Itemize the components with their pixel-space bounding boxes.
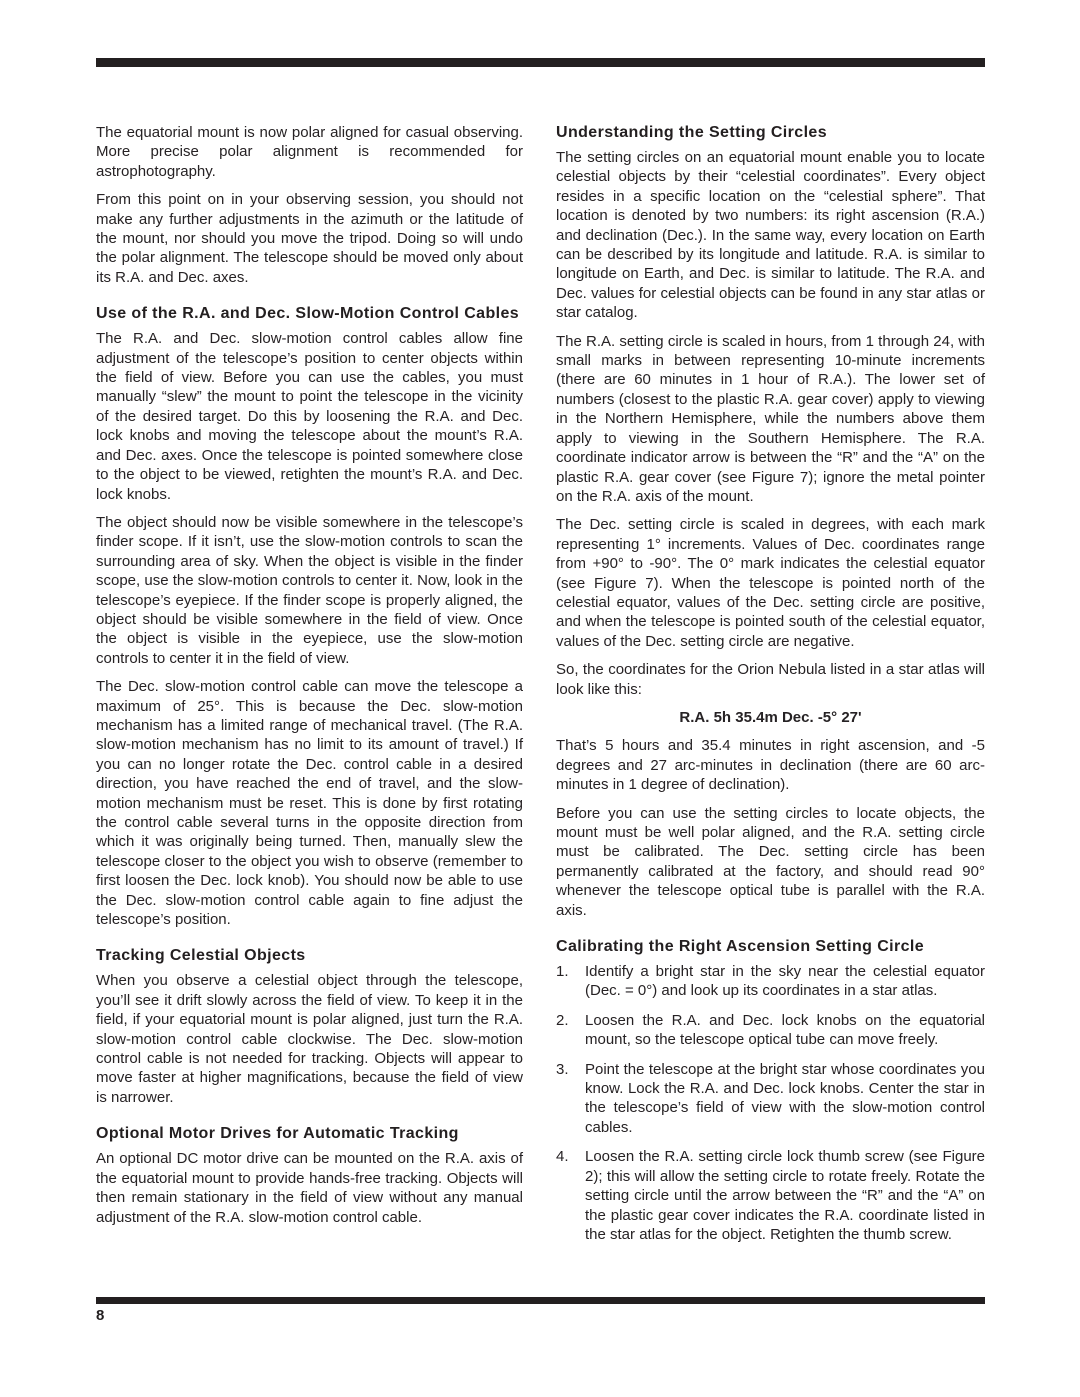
- section-heading: Use of the R.A. and Dec. Slow-Motion Con…: [96, 304, 523, 324]
- body-paragraph: The object should now be visible somewhe…: [96, 513, 523, 668]
- section-heading: Understanding the Setting Circles: [556, 123, 985, 143]
- manual-page: The equatorial mount is now polar aligne…: [0, 0, 1080, 1397]
- coordinates-line: R.A. 5h 35.4m Dec. -5° 27': [556, 708, 985, 727]
- section-heading: Optional Motor Drives for Automatic Trac…: [96, 1124, 523, 1144]
- body-paragraph: The equatorial mount is now polar aligne…: [96, 123, 523, 181]
- list-item-number: 1.: [556, 962, 569, 981]
- top-rule: [96, 58, 985, 67]
- body-paragraph: The R.A. and Dec. slow-motion control ca…: [96, 329, 523, 504]
- body-paragraph: An optional DC motor drive can be mounte…: [96, 1149, 523, 1227]
- body-paragraph: The Dec. setting circle is scaled in deg…: [556, 515, 985, 651]
- numbered-list: 1.Identify a bright star in the sky near…: [556, 962, 985, 1244]
- page-number: 8: [96, 1307, 104, 1324]
- list-item-number: 4.: [556, 1147, 569, 1166]
- list-item: 4.Loosen the R.A. setting circle lock th…: [556, 1147, 985, 1244]
- body-paragraph: That’s 5 hours and 35.4 minutes in right…: [556, 736, 985, 794]
- list-item: 2.Loosen the R.A. and Dec. lock knobs on…: [556, 1011, 985, 1050]
- list-item-number: 2.: [556, 1011, 569, 1030]
- list-item-number: 3.: [556, 1060, 569, 1079]
- list-item-text: Loosen the R.A. and Dec. lock knobs on t…: [585, 1012, 985, 1048]
- body-paragraph: The Dec. slow-motion control cable can m…: [96, 677, 523, 929]
- body-paragraph: So, the coordinates for the Orion Nebula…: [556, 660, 985, 699]
- list-item-text: Loosen the R.A. setting circle lock thum…: [585, 1148, 985, 1243]
- list-item-text: Point the telescope at the bright star w…: [585, 1061, 985, 1136]
- body-paragraph: From this point on in your observing ses…: [96, 190, 523, 287]
- body-paragraph: Before you can use the setting circles t…: [556, 804, 985, 920]
- right-column: Understanding the Setting CirclesThe set…: [556, 123, 985, 1254]
- list-item: 1.Identify a bright star in the sky near…: [556, 962, 985, 1001]
- section-heading: Tracking Celestial Objects: [96, 946, 523, 966]
- bottom-rule: [96, 1297, 985, 1304]
- left-column: The equatorial mount is now polar aligne…: [96, 123, 523, 1236]
- body-paragraph: The R.A. setting circle is scaled in hou…: [556, 332, 985, 507]
- list-item: 3.Point the telescope at the bright star…: [556, 1060, 985, 1138]
- body-paragraph: The setting circles on an equatorial mou…: [556, 148, 985, 323]
- body-paragraph: When you observe a celestial object thro…: [96, 971, 523, 1107]
- section-heading: Calibrating the Right Ascension Setting …: [556, 937, 985, 957]
- list-item-text: Identify a bright star in the sky near t…: [585, 963, 985, 999]
